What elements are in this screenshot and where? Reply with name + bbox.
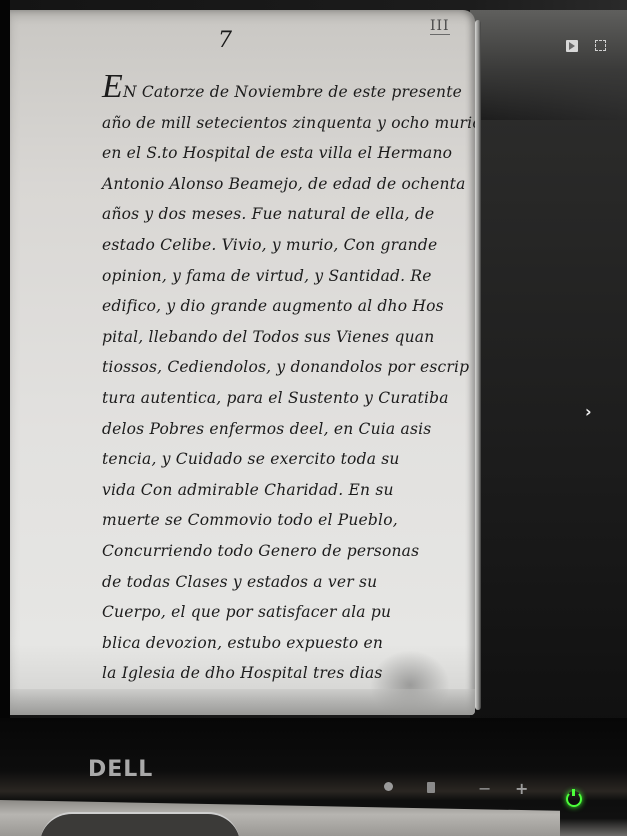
- ink-smudge: [370, 650, 450, 715]
- manuscript-line: en el S.to Hospital de esta villa el Her…: [102, 138, 472, 169]
- image-viewer-background: [470, 120, 627, 730]
- manuscript-line: Antonio Alonso Beamejo, de edad de ochen…: [102, 169, 472, 200]
- plus-button[interactable]: +: [515, 782, 528, 796]
- page-number: 7: [218, 28, 232, 53]
- page-edge: [475, 20, 481, 710]
- brand-logo-text: DELL: [88, 757, 153, 782]
- power-icon[interactable]: [566, 791, 582, 807]
- manuscript-line: opinion, y fama de virtud, y Santidad. R…: [102, 261, 472, 292]
- manuscript-line: tencia, y Cuidado se exercito toda su: [102, 444, 472, 475]
- manuscript-line: tiossos, Cediendolos, y donandolos por e…: [102, 352, 472, 383]
- manuscript-text: EN Catorze de Noviembre de este presente…: [102, 72, 472, 689]
- brand-logo: DELL: [88, 757, 153, 782]
- manuscript-line: de todas Clases y estados a ver su: [102, 567, 472, 598]
- input-source-button[interactable]: [384, 782, 393, 791]
- screen-glare: [470, 10, 627, 120]
- manuscript-line: delos Pobres enfermos deel, en Cuia asis: [102, 414, 472, 445]
- monitor-stand: [40, 812, 240, 836]
- manuscript-line: Cuerpo, el que por satisfacer ala pu: [102, 597, 472, 628]
- fullscreen-icon[interactable]: [595, 40, 606, 51]
- manuscript-line: estado Celibe. Vivio, y murio, Con grand…: [102, 230, 472, 261]
- manuscript-page-image: 7 III EN Catorze de Noviembre de este pr…: [10, 10, 475, 715]
- manuscript-line: EN Catorze de Noviembre de este presente: [102, 72, 472, 108]
- folio-mark: III: [430, 18, 450, 35]
- monitor-screen: 7 III EN Catorze de Noviembre de este pr…: [0, 0, 627, 735]
- menu-button[interactable]: [427, 782, 435, 793]
- play-slideshow-icon[interactable]: [566, 40, 578, 52]
- manuscript-line: año de mill setecientos zinquenta y ocho…: [102, 108, 472, 139]
- chevron-right-icon[interactable]: ›: [585, 402, 592, 421]
- minus-button[interactable]: −: [478, 782, 491, 796]
- manuscript-line: Concurriendo todo Genero de personas: [102, 536, 472, 567]
- manuscript-line: edifico, y dio grande augmento al dho Ho…: [102, 291, 472, 322]
- manuscript-line: pital, llebando del Todos sus Vienes qua…: [102, 322, 472, 353]
- manuscript-line: vida Con admirable Charidad. En su: [102, 475, 472, 506]
- manuscript-line: tura autentica, para el Sustento y Curat…: [102, 383, 472, 414]
- manuscript-line: muerte se Commovio todo el Pueblo,: [102, 505, 472, 536]
- left-bezel: [0, 0, 10, 735]
- manuscript-line: años y dos meses. Fue natural de ella, d…: [102, 199, 472, 230]
